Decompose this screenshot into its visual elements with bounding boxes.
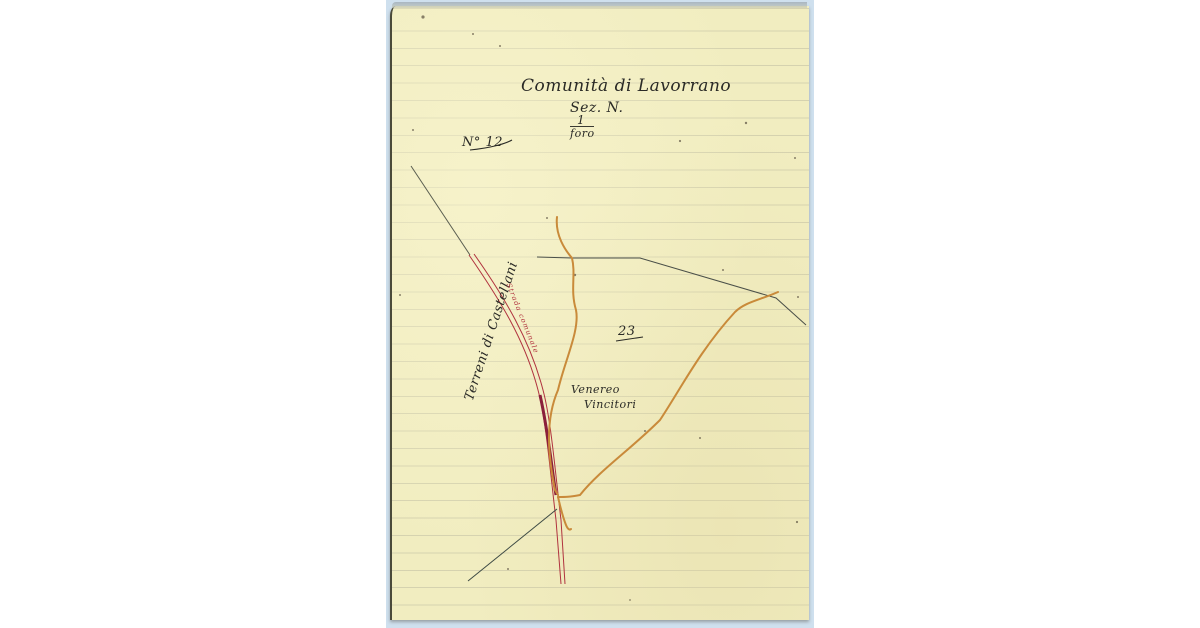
document-viewer: Comunità di Lavorrano Sez. N. 1 foro N° … [0, 0, 1200, 628]
owner-name-line-1: Venereo [571, 383, 620, 396]
header-line-3: 1 [577, 113, 585, 127]
ochre-boundary [549, 217, 778, 530]
boundary-line-northwest [411, 166, 470, 255]
boundary-line-southwest [468, 509, 557, 581]
header-line-1: Comunità di Lavorrano [521, 76, 731, 96]
sheet-number: N° 12 [462, 135, 503, 150]
owner-name-line-2: Vincitori [584, 398, 636, 411]
parcel-number: 23 [618, 324, 636, 339]
header-line-4: foro [570, 127, 595, 140]
